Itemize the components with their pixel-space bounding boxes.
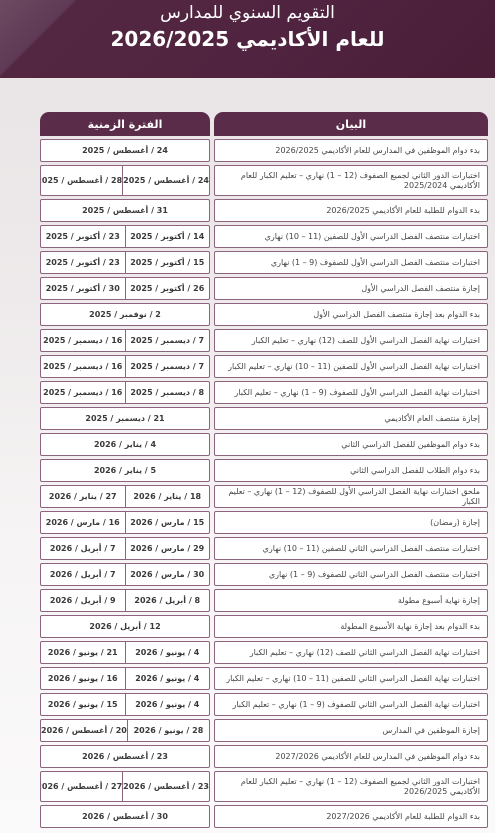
statement-text: بدء دوام الموظفين في المدارس للعام الأكا… <box>275 146 480 156</box>
table-row: بدء الدوام بعد إجازة نهاية الأسبوع المطو… <box>40 615 488 638</box>
statement-text: اختبارات نهاية الفصل الدراسي الثاني للصف… <box>226 674 480 684</box>
date-value: 27 / أغسطس / 2026 <box>40 772 123 801</box>
table-row: اختبارات نهاية الفصل الدراسي الأول للصفو… <box>40 381 488 404</box>
period-cell: 23 / أغسطس / 202627 / أغسطس / 2026 <box>40 771 210 802</box>
statement-cell: إجازة (رمضان) <box>214 511 488 534</box>
date-value: 14 / أكتوبر / 2025 <box>126 226 210 247</box>
statement-cell: إجازة الموظفين في المدارس <box>214 719 488 742</box>
date-value: 7 / ديسمبر / 2025 <box>126 356 210 377</box>
statement-cell: بدء الدوام بعد إجازة منتصف الفصل الدراسي… <box>214 303 488 326</box>
period-cell: 24 / أغسطس / 202528 / أغسطس / 2025 <box>40 165 210 196</box>
statement-cell: بدء الدوام للطلبة للعام الأكاديمي 2027/2… <box>214 805 488 828</box>
table-body: بدء دوام الموظفين في المدارس للعام الأكا… <box>40 139 488 828</box>
date-value: 16 / ديسمبر / 2025 <box>41 382 126 403</box>
date-value: 16 / يونيو / 2026 <box>41 668 126 689</box>
date-value: 23 / أغسطس / 2026 <box>41 746 209 767</box>
period-cell: 7 / ديسمبر / 202516 / ديسمبر / 2025 <box>40 355 210 378</box>
date-value: 30 / أغسطس / 2026 <box>41 806 209 827</box>
period-cell: 2 / نوفمبر / 2025 <box>40 303 210 326</box>
statement-text: إجازة نهاية أسبوع مطولة <box>398 596 480 606</box>
period-cell: 15 / أكتوبر / 202523 / أكتوبر / 2025 <box>40 251 210 274</box>
period-cell: 4 / يناير / 2026 <box>40 433 210 456</box>
date-value: 7 / أبريل / 2026 <box>41 564 126 585</box>
table-row: بدء الدوام للطلبة للعام الأكاديمي 2026/2… <box>40 199 488 222</box>
column-header-statement: البيان <box>214 112 488 136</box>
statement-cell: إجازة نهاية أسبوع مطولة <box>214 589 488 612</box>
date-value: 30 / مارس / 2026 <box>126 564 210 585</box>
date-value: 7 / أبريل / 2026 <box>41 538 126 559</box>
date-value: 15 / مارس / 2026 <box>126 512 210 533</box>
statement-cell: اختبارات منتصف الفصل الدراسي الأول للصفو… <box>214 251 488 274</box>
page-header: التقويم السنوي للمدارس للعام الأكاديمي 2… <box>0 0 495 78</box>
date-value: 12 / أبريل / 2026 <box>41 616 209 637</box>
date-value: 24 / أغسطس / 2025 <box>41 140 209 161</box>
table-row: اختبارات منتصف الفصل الدراسي الثاني للصف… <box>40 537 488 560</box>
table-row: بدء دوام الموظفين في المدارس للعام الأكا… <box>40 139 488 162</box>
date-value: 29 / مارس / 2026 <box>126 538 210 559</box>
date-value: 28 / أغسطس / 2025 <box>40 166 123 195</box>
statement-cell: اختبارات الدور الثاني لجميع الصفوف ⁦(1 –… <box>214 771 488 802</box>
page: { "header": { "title_line1": "التقويم ال… <box>0 0 495 833</box>
table-row: إجازة نهاية أسبوع مطولة8 / أبريل / 20269… <box>40 589 488 612</box>
statement-cell: اختبارات الدور الثاني لجميع الصفوف ⁦(1 –… <box>214 165 488 196</box>
date-value: 20 / أغسطس / 2026 <box>41 720 128 741</box>
statement-cell: اختبارات نهاية الفصل الدراسي الثاني للصف… <box>214 641 488 664</box>
statement-cell: بدء دوام الموظفين للفصل الدراسي الثاني <box>214 433 488 456</box>
period-cell: 4 / يونيو / 202616 / يونيو / 2026 <box>40 667 210 690</box>
date-value: 4 / يونيو / 2026 <box>126 694 210 715</box>
statement-text: إجازة الموظفين في المدارس <box>383 726 480 736</box>
table-row: اختبارات منتصف الفصل الدراسي الأول للصفو… <box>40 251 488 274</box>
date-value: 23 / أكتوبر / 2025 <box>41 252 126 273</box>
period-cell: 15 / مارس / 202616 / مارس / 2026 <box>40 511 210 534</box>
period-cell: 14 / أكتوبر / 202523 / أكتوبر / 2025 <box>40 225 210 248</box>
statement-text: إجازة منتصف الفصل الدراسي الأول <box>361 284 480 294</box>
date-value: 15 / يونيو / 2026 <box>41 694 126 715</box>
date-value: 4 / يونيو / 2026 <box>126 668 210 689</box>
date-value: 16 / ديسمبر / 2025 <box>41 330 126 351</box>
statement-cell: إجازة منتصف الفصل الدراسي الأول <box>214 277 488 300</box>
statement-text: اختبارات نهاية الفصل الدراسي الثاني للصف… <box>250 648 480 658</box>
statement-text: إجازة (رمضان) <box>430 518 480 528</box>
date-value: 4 / يناير / 2026 <box>41 434 209 455</box>
table-row: بدء دوام الموظفين للفصل الدراسي الثاني4 … <box>40 433 488 456</box>
period-cell: 4 / يونيو / 202615 / يونيو / 2026 <box>40 693 210 716</box>
table-row: ملحق اختبارات نهاية الفصل الدراسي الأول … <box>40 485 488 508</box>
period-cell: 29 / مارس / 20267 / أبريل / 2026 <box>40 537 210 560</box>
date-value: 9 / أبريل / 2026 <box>41 590 126 611</box>
date-value: 5 / يناير / 2026 <box>41 460 209 481</box>
statement-text: بدء الدوام بعد إجازة نهاية الأسبوع المطو… <box>340 622 480 632</box>
date-value: 21 / يونيو / 2026 <box>41 642 126 663</box>
period-cell: 31 / أغسطس / 2025 <box>40 199 210 222</box>
period-cell: 7 / ديسمبر / 202516 / ديسمبر / 2025 <box>40 329 210 352</box>
date-value: 24 / أغسطس / 2025 <box>123 166 209 195</box>
column-header-period: الفترة الزمنية <box>40 112 210 136</box>
statement-text: بدء دوام الموظفين للفصل الدراسي الثاني <box>341 440 480 450</box>
statement-text: اختبارات الدور الثاني لجميع الصفوف ⁦(1 –… <box>222 171 480 191</box>
date-value: 27 / يناير / 2026 <box>41 486 126 507</box>
period-cell: 21 / ديسمبر / 2025 <box>40 407 210 430</box>
period-cell: 12 / أبريل / 2026 <box>40 615 210 638</box>
table-row: بدء الدوام بعد إجازة منتصف الفصل الدراسي… <box>40 303 488 326</box>
statement-cell: اختبارات نهاية الفصل الدراسي الثاني للصف… <box>214 693 488 716</box>
period-cell: 8 / أبريل / 20269 / أبريل / 2026 <box>40 589 210 612</box>
statement-text: اختبارات نهاية الفصل الدراسي الثاني للصف… <box>232 700 480 710</box>
date-value: 28 / يونيو / 2026 <box>128 720 209 741</box>
table-row: اختبارات الدور الثاني لجميع الصفوف ⁦(1 –… <box>40 165 488 196</box>
statement-text: بدء الدوام للطلبة للعام الأكاديمي 2026/2… <box>326 206 480 216</box>
statement-cell: اختبارات نهاية الفصل الدراسي الأول للصفي… <box>214 355 488 378</box>
page-title: التقويم السنوي للمدارس <box>0 0 495 25</box>
date-value: 16 / ديسمبر / 2025 <box>41 356 126 377</box>
table-row: اختبارات نهاية الفصل الدراسي الأول للصف … <box>40 329 488 352</box>
statement-cell: اختبارات نهاية الفصل الدراسي الأول للصفو… <box>214 381 488 404</box>
date-value: 8 / ديسمبر / 2025 <box>126 382 210 403</box>
statement-cell: اختبارات منتصف الفصل الدراسي الثاني للصف… <box>214 563 488 586</box>
statement-cell: اختبارات نهاية الفصل الدراسي الأول للصف … <box>214 329 488 352</box>
statement-text: اختبارات نهاية الفصل الدراسي الأول للصفو… <box>234 388 480 398</box>
statement-cell: ملحق اختبارات نهاية الفصل الدراسي الأول … <box>214 485 488 508</box>
statement-text: اختبارات الدور الثاني لجميع الصفوف ⁦(1 –… <box>222 777 480 797</box>
table-row: اختبارات نهاية الفصل الدراسي الثاني للصف… <box>40 693 488 716</box>
statement-text: اختبارات منتصف الفصل الدراسي الثاني للصف… <box>269 570 480 580</box>
date-value: 2 / نوفمبر / 2025 <box>41 304 209 325</box>
date-value: 31 / أغسطس / 2025 <box>41 200 209 221</box>
table-row: بدء الدوام للطلبة للعام الأكاديمي 2027/2… <box>40 805 488 828</box>
statement-text: بدء دوام الطلاب للفصل الدراسي الثاني <box>350 466 480 476</box>
date-value: 16 / مارس / 2026 <box>41 512 126 533</box>
period-cell: 30 / أغسطس / 2026 <box>40 805 210 828</box>
statement-cell: بدء الدوام للطلبة للعام الأكاديمي 2026/2… <box>214 199 488 222</box>
period-cell: 28 / يونيو / 202620 / أغسطس / 2026 <box>40 719 210 742</box>
period-cell: 23 / أغسطس / 2026 <box>40 745 210 768</box>
table-row: إجازة الموظفين في المدارس28 / يونيو / 20… <box>40 719 488 742</box>
statement-text: بدء دوام الموظفين في المدارس للعام الأكا… <box>275 752 480 762</box>
table-header-row: البيان الفترة الزمنية <box>40 112 488 136</box>
table-row: اختبارات منتصف الفصل الدراسي الأول للصفي… <box>40 225 488 248</box>
table-row: اختبارات نهاية الفصل الدراسي الثاني للصف… <box>40 667 488 690</box>
date-value: 18 / يناير / 2026 <box>126 486 210 507</box>
statement-cell: إجازة منتصف العام الأكاديمي <box>214 407 488 430</box>
date-value: 30 / أكتوبر / 2025 <box>41 278 126 299</box>
statement-text: اختبارات نهاية الفصل الدراسي الأول للصفي… <box>228 362 480 372</box>
date-value: 15 / أكتوبر / 2025 <box>126 252 210 273</box>
date-value: 7 / ديسمبر / 2025 <box>126 330 210 351</box>
date-value: 4 / يونيو / 2026 <box>126 642 210 663</box>
statement-text: بدء الدوام بعد إجازة منتصف الفصل الدراسي… <box>313 310 480 320</box>
period-cell: 26 / أكتوبر / 202530 / أكتوبر / 2025 <box>40 277 210 300</box>
statement-text: اختبارات منتصف الفصل الدراسي الأول للصفو… <box>271 258 480 268</box>
period-cell: 5 / يناير / 2026 <box>40 459 210 482</box>
statement-cell: اختبارات منتصف الفصل الدراسي الأول للصفي… <box>214 225 488 248</box>
statement-text: ملحق اختبارات نهاية الفصل الدراسي الأول … <box>222 487 480 507</box>
period-cell: 18 / يناير / 202627 / يناير / 2026 <box>40 485 210 508</box>
statement-text: اختبارات منتصف الفصل الدراسي الأول للصفي… <box>265 232 480 242</box>
date-value: 23 / أكتوبر / 2025 <box>41 226 126 247</box>
table-row: اختبارات نهاية الفصل الدراسي الأول للصفي… <box>40 355 488 378</box>
date-value: 26 / أكتوبر / 2025 <box>126 278 210 299</box>
table-row: اختبارات الدور الثاني لجميع الصفوف ⁦(1 –… <box>40 771 488 802</box>
statement-cell: اختبارات نهاية الفصل الدراسي الثاني للصف… <box>214 667 488 690</box>
statement-text: اختبارات نهاية الفصل الدراسي الأول للصف … <box>252 336 480 346</box>
statement-cell: بدء دوام الموظفين في المدارس للعام الأكا… <box>214 139 488 162</box>
period-cell: 24 / أغسطس / 2025 <box>40 139 210 162</box>
table-row: بدء دوام الموظفين في المدارس للعام الأكا… <box>40 745 488 768</box>
statement-cell: بدء دوام الطلاب للفصل الدراسي الثاني <box>214 459 488 482</box>
period-cell: 8 / ديسمبر / 202516 / ديسمبر / 2025 <box>40 381 210 404</box>
table-row: إجازة منتصف الفصل الدراسي الأول26 / أكتو… <box>40 277 488 300</box>
statement-cell: بدء الدوام بعد إجازة نهاية الأسبوع المطو… <box>214 615 488 638</box>
table-row: بدء دوام الطلاب للفصل الدراسي الثاني5 / … <box>40 459 488 482</box>
statement-text: بدء الدوام للطلبة للعام الأكاديمي 2027/2… <box>326 812 480 822</box>
table-row: إجازة (رمضان)15 / مارس / 202616 / مارس /… <box>40 511 488 534</box>
date-value: 8 / أبريل / 2026 <box>126 590 210 611</box>
table-row: اختبارات نهاية الفصل الدراسي الثاني للصف… <box>40 641 488 664</box>
period-cell: 4 / يونيو / 202621 / يونيو / 2026 <box>40 641 210 664</box>
statement-cell: بدء دوام الموظفين في المدارس للعام الأكا… <box>214 745 488 768</box>
date-value: 21 / ديسمبر / 2025 <box>41 408 209 429</box>
statement-text: إجازة منتصف العام الأكاديمي <box>384 414 480 424</box>
table-row: إجازة منتصف العام الأكاديمي21 / ديسمبر /… <box>40 407 488 430</box>
page-subtitle: للعام الأكاديمي 2026/2025 <box>0 25 495 53</box>
date-value: 23 / أغسطس / 2026 <box>123 772 209 801</box>
calendar-table: البيان الفترة الزمنية بدء دوام الموظفين … <box>40 112 488 828</box>
statement-cell: اختبارات منتصف الفصل الدراسي الثاني للصف… <box>214 537 488 560</box>
statement-text: اختبارات منتصف الفصل الدراسي الثاني للصف… <box>263 544 480 554</box>
table-row: اختبارات منتصف الفصل الدراسي الثاني للصف… <box>40 563 488 586</box>
period-cell: 30 / مارس / 20267 / أبريل / 2026 <box>40 563 210 586</box>
